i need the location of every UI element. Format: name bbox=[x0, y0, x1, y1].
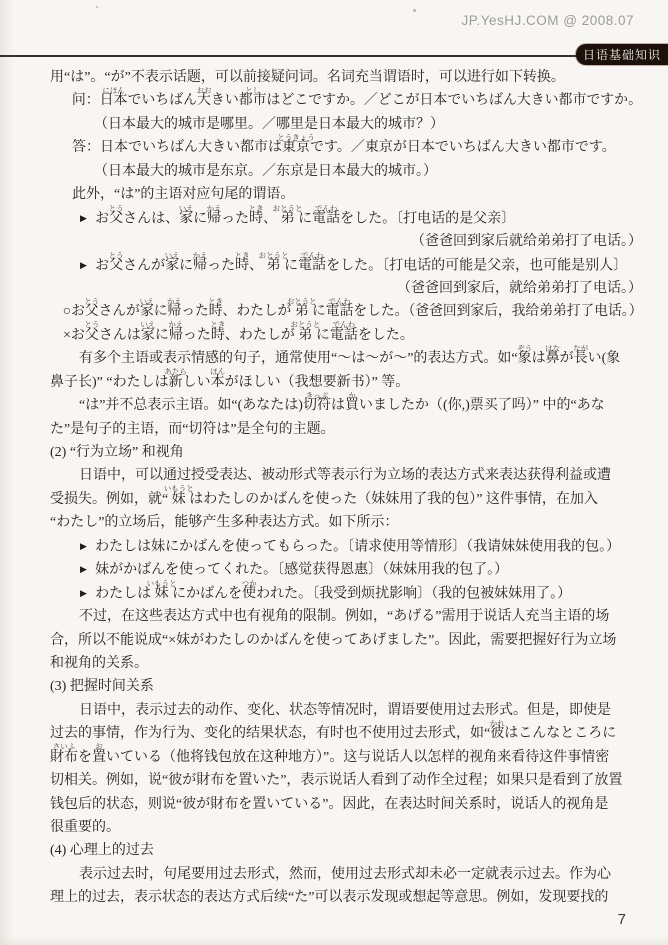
text-segment: です。／東京が日本でいちばん大きい都市です。 bbox=[310, 140, 616, 155]
bullet-marker-icon: ▶ bbox=[80, 564, 95, 574]
text-segment: に bbox=[312, 328, 330, 343]
ruby-base: 都市とし bbox=[239, 89, 267, 112]
section-tab-label: 日语基础知识 bbox=[583, 46, 661, 63]
ruby-base: 時とき bbox=[235, 254, 249, 277]
text-segment: に bbox=[155, 328, 169, 343]
ruby-base: 鼻はな bbox=[546, 347, 560, 370]
text-segment: に bbox=[179, 258, 193, 273]
text-segment: 很重要的。 bbox=[50, 820, 120, 835]
furigana: お bbox=[95, 743, 103, 751]
ruby-base: 時とき bbox=[249, 207, 263, 230]
text-line: 鼻子长)” “わたしは新あたらしい本ほんがほしい（我想要新书）” 等。 bbox=[50, 371, 642, 394]
text-line: 合，所以不能说成“×妹がわたしのかばんを使ってあげました”。因此，需要把握好行为… bbox=[50, 629, 642, 652]
text-segment: さんが bbox=[99, 304, 140, 319]
ruby-base: 電話でんわ bbox=[330, 324, 358, 347]
furigana: さいふ bbox=[53, 743, 76, 751]
furigana: とき bbox=[249, 205, 264, 213]
text-segment: 妹がかばんを使ってくれた。〔感觉获得恩惠〕（妹妹用我的包了。） bbox=[95, 563, 508, 578]
ruby-base: 家いえ bbox=[179, 207, 193, 230]
text-line: 问：日本にほんでいちばん大おおきい都市としはどこですか。／どこが日本でいちばん大… bbox=[50, 89, 638, 112]
text-segment: い(象 bbox=[588, 351, 621, 366]
text-line: ▶ わたしは 妹いもうと にかばんを使つかわれた。〔我受到烦扰影响〕（我的包被妹… bbox=[50, 582, 642, 605]
text-line: ▶ 妹がかばんを使ってくれた。〔感觉获得恩惠〕（妹妹用我的包了。） bbox=[50, 558, 642, 581]
text-line: 有多个主语或表示情感的句子，通常使用“～は～が～”的表达方式。如“象ぞうは鼻はな… bbox=[50, 347, 642, 370]
text-segment: 有多个主语或表示情感的句子，通常使用“～は～が～”的表达方式。如“ bbox=[79, 351, 518, 366]
text-segment: わたしは bbox=[95, 586, 155, 601]
ruby-base: 弟おとうと bbox=[281, 207, 295, 230]
furigana: にほん bbox=[102, 87, 124, 95]
text-segment: 不过，在这些表达方式中也有视角的限制。例如，“あげる”需用于说话人充当主语的场 bbox=[79, 609, 609, 624]
text-segment: さんは、 bbox=[123, 211, 179, 226]
furigana: とう bbox=[109, 205, 124, 213]
ruby-base: 長なが bbox=[574, 347, 588, 370]
ruby-base: 時とき bbox=[211, 324, 225, 347]
ruby-base: 家いえ bbox=[165, 254, 179, 277]
text-segment: を bbox=[78, 750, 92, 765]
text-segment: (4) 心理上的过去 bbox=[50, 843, 154, 858]
ruby-base: 父とう bbox=[109, 254, 123, 277]
text-segment: 理上的过去，表示状态的表达方式后续“た”可以表示发现或想起等意思。例如，发现要找… bbox=[50, 890, 608, 905]
ruby-base: 買か bbox=[345, 394, 359, 417]
text-line: 此外，“は”的主语对应句尾的谓语。 bbox=[50, 183, 642, 206]
furigana: かえ bbox=[193, 252, 208, 260]
ruby-base: 本ほん bbox=[211, 371, 225, 394]
text-segment: お bbox=[95, 258, 109, 273]
text-segment: に bbox=[309, 304, 326, 319]
text-line: (3) 把握时间关系 bbox=[50, 675, 642, 698]
text-segment: “は”并不总表示主语。如“(あなたは) bbox=[79, 398, 303, 413]
watermark-text: JP.YesHJ.COM @ 2008.07 bbox=[461, 13, 634, 28]
text-segment: った bbox=[183, 328, 211, 343]
text-segment: 、 bbox=[249, 258, 267, 273]
text-line: 日语中，可以通过授受表达、被动形式等表示行为立场的表达方式来表达获得利益或遭 bbox=[50, 464, 642, 487]
text-line: 理上的过去，表示状态的表达方式后续“た”可以表示发现或想起等意思。例如，发现要找… bbox=[50, 886, 642, 909]
ruby-base: 新あたら bbox=[169, 371, 183, 394]
text-line: ▶ わたしは妹にかばんを使ってもらった。〔请求使用等情形〕（我请妹妹使用我的包。… bbox=[50, 535, 642, 558]
furigana: いえ bbox=[140, 321, 155, 329]
furigana: でんわ bbox=[329, 298, 351, 306]
furigana: ぞう bbox=[517, 345, 532, 353]
text-segment: ○お bbox=[63, 304, 85, 319]
text-line: 日语中，表示过去的动作、变化、状态等情况时，谓语要使用过去形式。但是，即使是 bbox=[50, 699, 642, 722]
furigana: とき bbox=[208, 298, 223, 306]
page-body: 用“は”。“が”不表示话题，可以前接疑问词。名词充当谓语时，可以进行如下转换。问… bbox=[50, 66, 642, 910]
text-segment: 、 bbox=[263, 211, 281, 226]
text-segment: 、わたしが bbox=[225, 328, 299, 343]
text-segment: 问： bbox=[72, 93, 100, 108]
text-segment: 受损失。例如，就“ bbox=[50, 492, 172, 507]
furigana: とう bbox=[109, 252, 124, 260]
bullet-marker-icon: ▶ bbox=[80, 541, 95, 551]
ruby-base: 財布さいふ bbox=[50, 746, 78, 769]
text-segment: さんが bbox=[123, 258, 165, 273]
scan-speck bbox=[413, 9, 416, 12]
text-segment: 切相关。例如，说“彼が財布を置いた”，表示说话人看到了动作全过程；如果只是看到了… bbox=[50, 773, 622, 788]
text-segment: 合，所以不能说成“×妹がわたしのかばんを使ってあげました”。因此，需要把握好行为… bbox=[50, 633, 616, 648]
text-segment: わたしは妹にかばんを使ってもらった。〔请求使用等情形〕（我请妹妹使用我的包。） bbox=[95, 539, 620, 554]
text-segment: をした。（爸爸回到家后，我给弟弟打了电话。） bbox=[353, 304, 642, 319]
bullet-marker-icon: ▶ bbox=[80, 213, 95, 223]
text-segment: は bbox=[331, 398, 345, 413]
furigana: とき bbox=[235, 252, 250, 260]
text-segment: に bbox=[281, 258, 299, 273]
furigana: ほん bbox=[210, 368, 225, 376]
text-line: 不过，在这些表达方式中也有视角的限制。例如，“あげる”需用于说话人充当主语的场 bbox=[50, 605, 642, 628]
furigana: か bbox=[348, 392, 356, 400]
ruby-base: 父とう bbox=[109, 207, 123, 230]
ruby-base: 大おお bbox=[197, 89, 211, 112]
page-number: 7 bbox=[618, 911, 626, 928]
ruby-base: 帰かえ bbox=[193, 254, 207, 277]
text-segment: った bbox=[207, 258, 235, 273]
furigana: おとうと bbox=[287, 298, 317, 306]
ruby-base: 使つか bbox=[242, 582, 256, 605]
furigana: つか bbox=[242, 580, 257, 588]
scanned-textbook-page: { "header": { "watermark": "JP.YesHJ.COM… bbox=[0, 0, 668, 945]
text-line: （爸爸回到家后就给弟弟打了电话。） bbox=[50, 230, 642, 253]
text-segment: をした。 bbox=[358, 328, 414, 343]
text-line: 很重要的。 bbox=[50, 816, 642, 839]
text-segment: 答：日本でいちばん大きい都市は bbox=[72, 140, 282, 155]
text-line: （日本最大的城市是东京。／东京是日本最大的城市。） bbox=[50, 160, 642, 183]
furigana: かえ bbox=[207, 205, 222, 213]
text-segment: われた。〔我受到烦扰影响〕（我的包被妹妹用了。） bbox=[256, 586, 571, 601]
furigana: きっぷ bbox=[306, 392, 329, 400]
furigana: いえ bbox=[165, 252, 180, 260]
ruby-base: 弟おとうと bbox=[267, 254, 281, 277]
furigana: いもうと bbox=[164, 485, 194, 493]
furigana: とう bbox=[84, 321, 99, 329]
furigana: でんわ bbox=[301, 252, 324, 260]
text-line: 受损失。例如，就“ 妹いもうと はわたしのかばんを使った（妹妹用了我的包）” 这… bbox=[50, 488, 642, 511]
text-line: 財布さいふを置おいている（他将钱包放在这种地方）”。这与说话人以怎样的视角来看待… bbox=[50, 746, 642, 769]
text-segment: ×お bbox=[63, 328, 85, 343]
furigana: いえ bbox=[179, 205, 194, 213]
text-segment: (2) “行为立场” 和视角 bbox=[50, 445, 184, 460]
text-line: 和视角的关系。 bbox=[50, 652, 642, 675]
furigana: おお bbox=[197, 87, 212, 95]
text-line: “わたし”的立场后，能够产生多种表达方式。如下所示： bbox=[50, 511, 642, 534]
furigana: いえ bbox=[139, 298, 154, 306]
text-segment: お bbox=[95, 211, 109, 226]
text-segment: はわたしのかばんを使った（妹妹用了我的包）” 这件事情，在加入 bbox=[186, 492, 598, 507]
text-line: 钱包后的状态，则说“彼が財布を置いている”。因此，在表达时间关系时，说话人的视角… bbox=[50, 793, 642, 816]
furigana: おとうと bbox=[273, 205, 303, 213]
furigana: とし bbox=[245, 87, 260, 95]
text-segment: にかばんを bbox=[169, 586, 243, 601]
text-line: 表示过去时，句尾要用过去形式，然而，使用过去形式却未必一定就表示过去。作为心 bbox=[50, 863, 642, 886]
text-line: 答：日本でいちばん大きい都市は東京とうきょうです。／東京が日本でいちばん大きい都… bbox=[50, 136, 642, 159]
furigana: なが bbox=[573, 345, 588, 353]
text-segment: 日语中，可以通过授受表达、被动形式等表示行为立场的表达方式来表达获得利益或遭 bbox=[79, 468, 611, 483]
text-segment: 日语中，表示过去的动作、变化、状态等情况时，谓语要使用过去形式。但是，即使是 bbox=[79, 703, 611, 718]
text-line: (2) “行为立场” 和视角 bbox=[50, 441, 642, 464]
furigana: あたら bbox=[164, 368, 187, 376]
furigana: かれ bbox=[490, 720, 505, 728]
furigana: でんわ bbox=[333, 321, 356, 329]
text-line: 用“は”。“が”不表示话题，可以前接疑问词。名词充当谓语时，可以进行如下转换。 bbox=[50, 66, 642, 89]
ruby-base: 置お bbox=[92, 746, 106, 769]
text-segment: （日本最大的城市是东京。／东京是日本最大的城市。） bbox=[94, 164, 437, 179]
text-segment: （爸爸回到家后，就给弟弟打了电话。） bbox=[397, 281, 642, 296]
furigana: おとうと bbox=[259, 252, 289, 260]
bullet-marker-icon: ▶ bbox=[80, 260, 95, 270]
text-segment: でいちばん bbox=[127, 93, 197, 108]
text-line: “は”并不总表示主语。如“(あなたは)切符きっぷは買かいましたか（(你,)票买了… bbox=[50, 394, 642, 417]
text-segment: (3) 把握时间关系 bbox=[50, 679, 154, 694]
text-segment: さんは bbox=[99, 328, 141, 343]
text-segment: に bbox=[295, 211, 313, 226]
text-segment: をした。〔打电话的是父亲〕 bbox=[340, 211, 515, 226]
text-line: た”是句子的主语，而“切符は”是全句的主题。 bbox=[50, 418, 642, 441]
ruby-base: 象ぞう bbox=[518, 347, 532, 370]
ruby-base: 切符きっぷ bbox=[303, 394, 331, 417]
text-line: （日本最大的城市是哪里。／哪里是日本最大的城市？） bbox=[50, 113, 642, 136]
ruby-base: 電話でんわ bbox=[312, 207, 340, 230]
furigana: とう bbox=[84, 298, 99, 306]
ruby-base: 妹いもうと bbox=[155, 582, 169, 605]
text-segment: った bbox=[221, 211, 249, 226]
text-segment: 鼻子长)” “わたしは bbox=[50, 375, 169, 390]
ruby-base: 帰かえ bbox=[169, 324, 183, 347]
text-segment: た”是句子的主语，而“切符は”是全句的主题。 bbox=[50, 422, 335, 437]
furigana: かえ bbox=[168, 321, 183, 329]
section-tab: 日语基础知识 bbox=[576, 44, 668, 65]
text-line: 切相关。例如，说“彼が財布を置いた”，表示说话人看到了动作全过程；如果只是看到了… bbox=[50, 769, 642, 792]
text-segment: “わたし”的立场后，能够产生多种表达方式。如下所示： bbox=[50, 515, 398, 530]
header-rule bbox=[0, 55, 596, 57]
text-segment: に bbox=[154, 304, 168, 319]
ruby-base: 彼かれ bbox=[490, 722, 504, 745]
text-segment: （日本最大的城市是哪里。／哪里是日本最大的城市？） bbox=[94, 117, 444, 132]
text-segment: はこんなところに bbox=[504, 726, 616, 741]
text-segment: 和视角的关系。 bbox=[50, 656, 148, 671]
text-segment: 用“は”。“が”不表示话题，可以前接疑问词。名词充当谓语时，可以进行如下转换。 bbox=[50, 70, 565, 85]
ruby-base: 父とう bbox=[85, 324, 99, 347]
text-segment: った bbox=[181, 304, 209, 319]
furigana: かえ bbox=[167, 298, 182, 306]
text-segment: 表示过去时，句尾要用过去形式，然而，使用过去形式却未必一定就表示过去。作为心 bbox=[79, 867, 611, 882]
text-segment: に bbox=[193, 211, 207, 226]
ruby-base: 電話でんわ bbox=[298, 254, 326, 277]
ruby-base: 東京とうきょう bbox=[282, 136, 310, 159]
furigana: いもうと bbox=[147, 580, 177, 588]
ruby-base: 日本にほん bbox=[100, 89, 128, 112]
bullet-marker-icon: ▶ bbox=[80, 588, 95, 598]
text-segment: 、わたしが bbox=[223, 304, 295, 319]
text-segment: はどこですか。／どこが日本でいちばん大きい都市ですか。 bbox=[267, 93, 642, 108]
text-segment: 过去的事情，作为行为、变化的结果状态，有时也不使用过去形式，如“ bbox=[50, 726, 490, 741]
text-segment: きい bbox=[211, 93, 239, 108]
furigana: とうきょう bbox=[277, 134, 315, 142]
scan-speck bbox=[96, 6, 98, 8]
furigana: はな bbox=[545, 345, 560, 353]
text-segment: が bbox=[560, 351, 574, 366]
text-segment: をした。〔打电话的可能是父亲，也可能是别人〕 bbox=[326, 258, 627, 273]
furigana: とき bbox=[210, 321, 225, 329]
ruby-base: 妹いもうと bbox=[172, 488, 186, 511]
text-line: ▶ お父とうさんが家いえに帰かえった時とき、 弟おとうと に電話でんわをした。〔… bbox=[50, 254, 642, 277]
ruby-base: 家いえ bbox=[141, 324, 155, 347]
ruby-base: 帰かえ bbox=[207, 207, 221, 230]
text-segment: 此外，“は”的主语对应句尾的谓语。 bbox=[72, 187, 294, 202]
text-segment: （爸爸回到家后就给弟弟打了电话。） bbox=[411, 234, 642, 249]
text-segment: いましたか（(你,)票买了吗）” 中的“あな bbox=[359, 398, 605, 413]
text-segment: しい bbox=[183, 375, 211, 390]
ruby-base: 弟おとうと bbox=[298, 324, 312, 347]
furigana: でんわ bbox=[315, 205, 338, 213]
text-line: ▶ お父とうさんは、家いえに帰かえった時とき、 弟おとうと に電話でんわをした。… bbox=[50, 207, 642, 230]
text-segment: 钱包后的状态，则说“彼が財布を置いている”。因此，在表达时间关系时，说话人的视角… bbox=[50, 797, 608, 812]
furigana: おとうと bbox=[290, 321, 320, 329]
text-segment: は bbox=[532, 351, 546, 366]
text-line: (4) 心理上的过去 bbox=[50, 839, 642, 862]
text-segment: いている（他将钱包放在这种地方）”。这与说话人以怎样的视角来看待这件事情密 bbox=[106, 750, 609, 765]
text-line: 过去的事情，作为行为、变化的结果状态，有时也不使用过去形式，如“彼かれはこんなと… bbox=[50, 722, 642, 745]
text-segment: がほしい（我想要新书）” 等。 bbox=[225, 375, 410, 390]
